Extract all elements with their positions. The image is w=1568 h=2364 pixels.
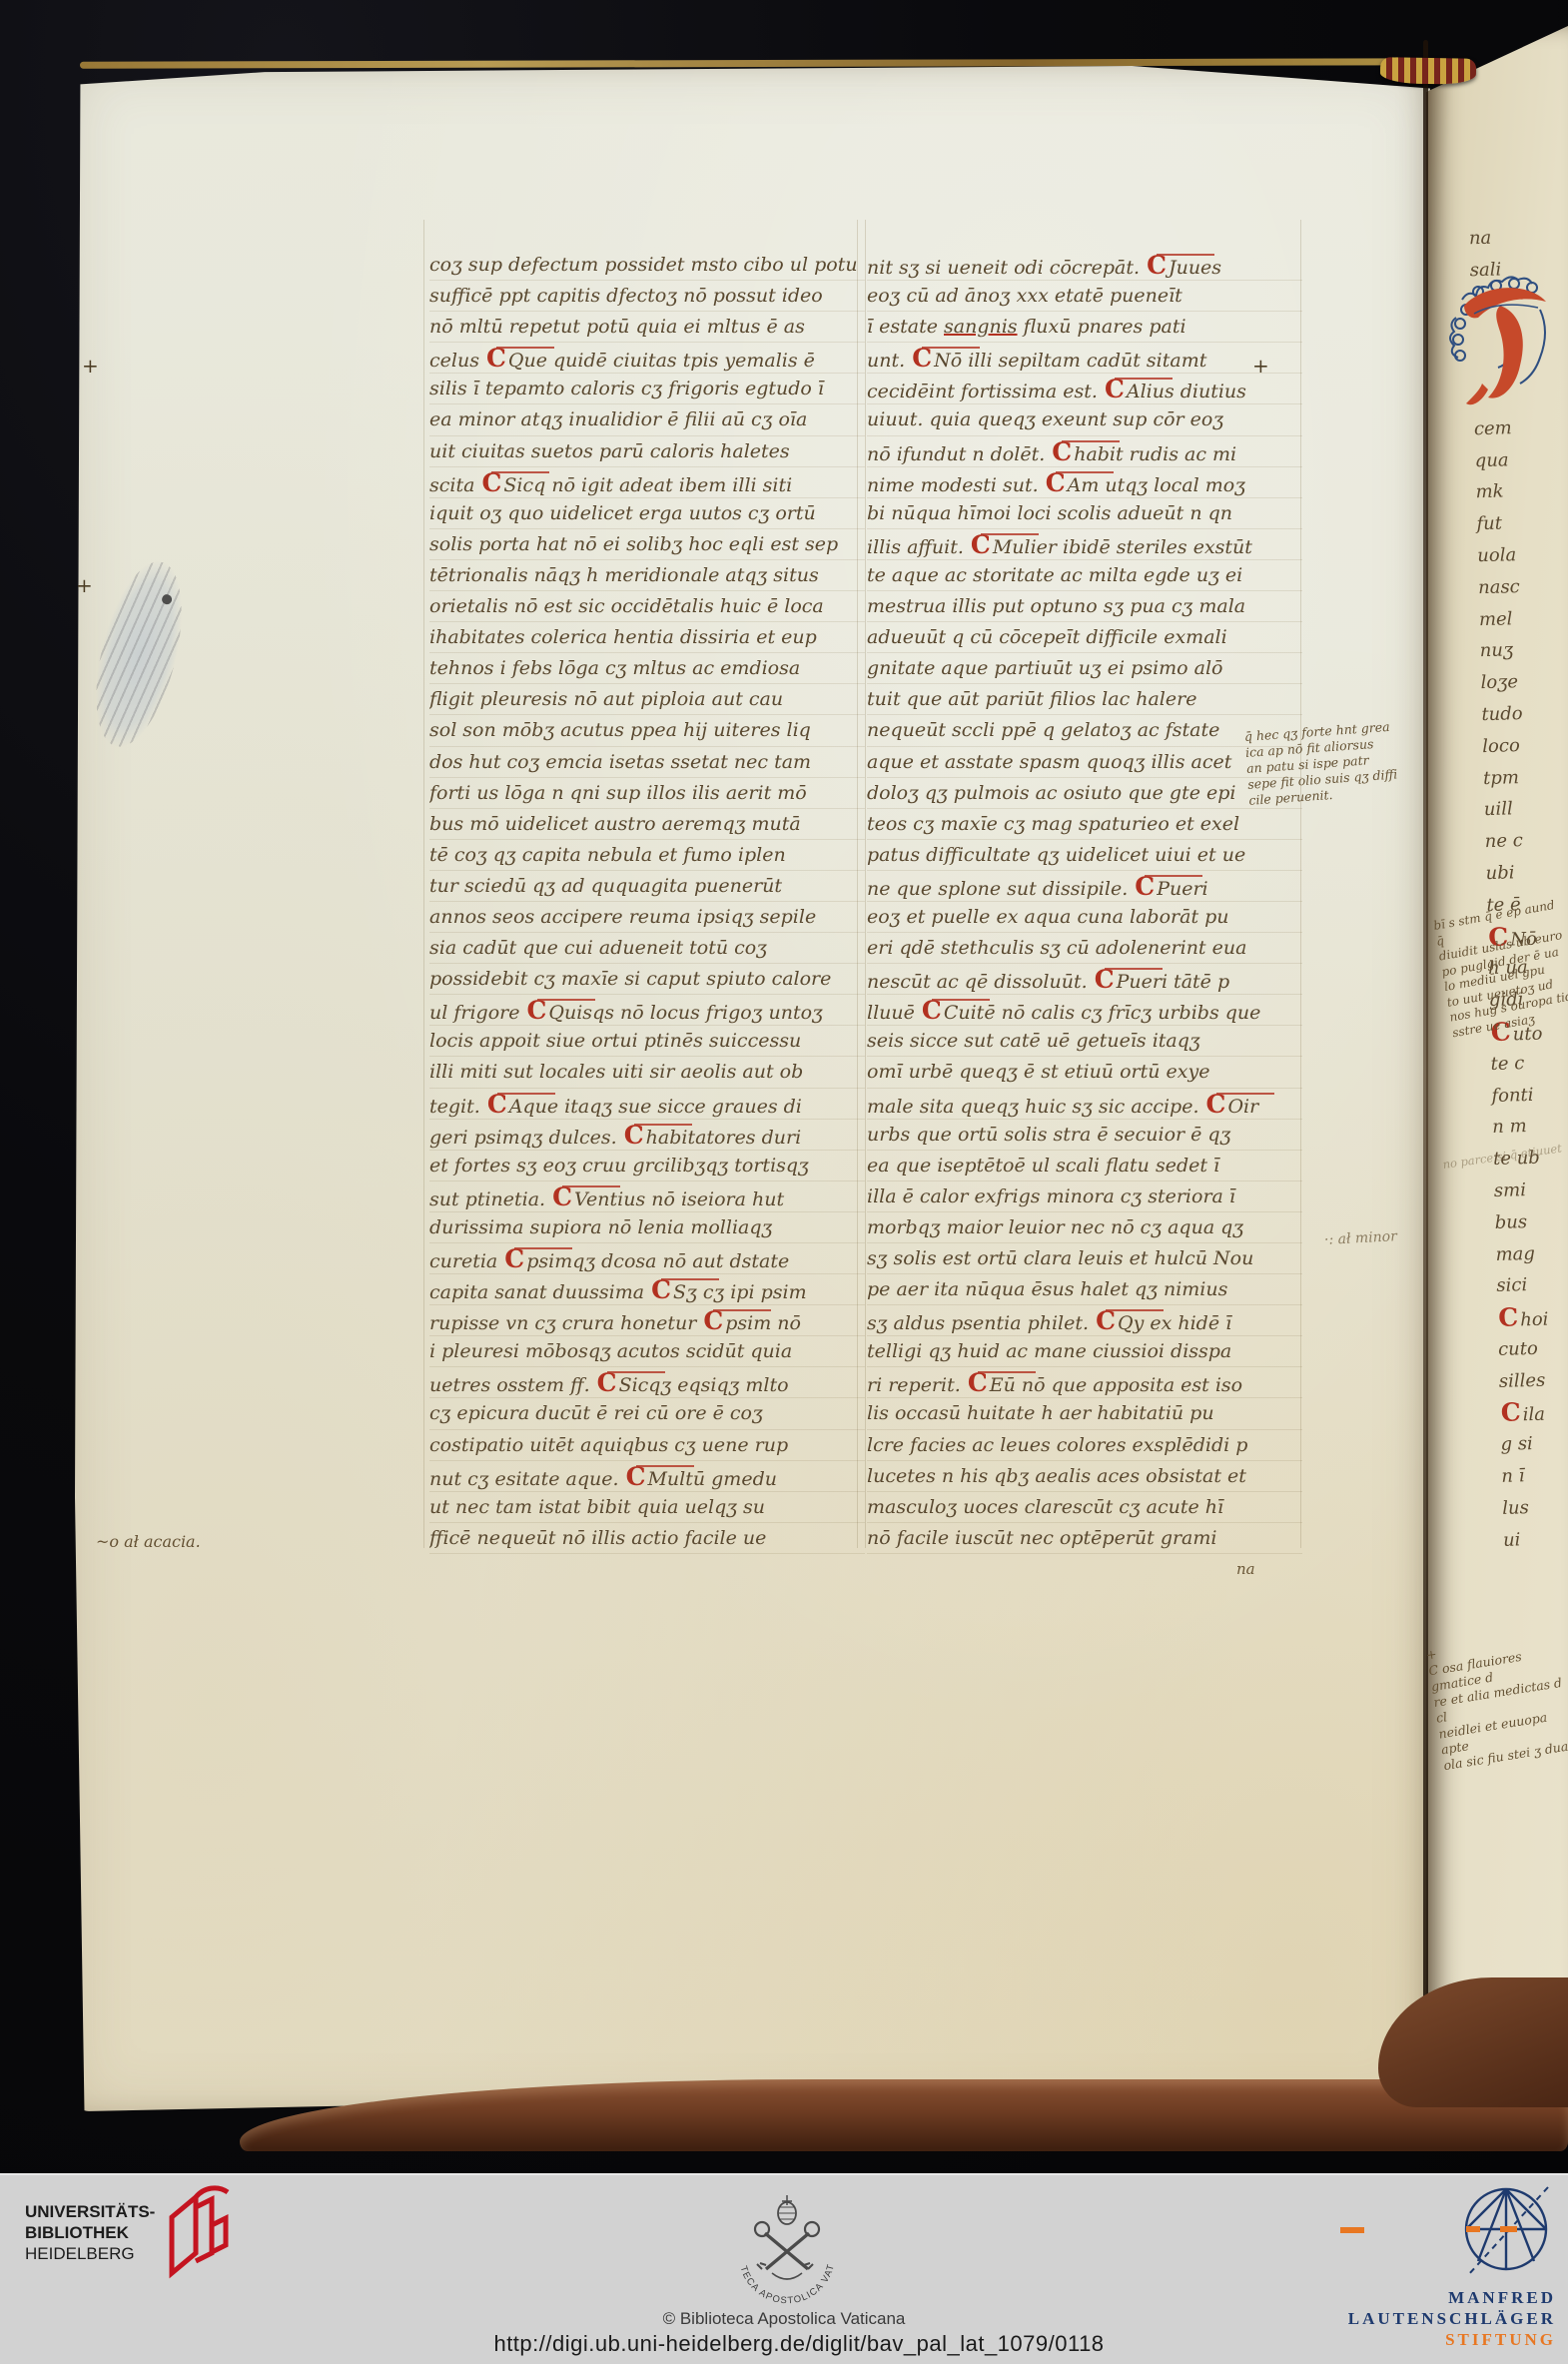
manuscript-text: capita sanat duussima <box>429 1281 650 1303</box>
facing-page-line-fragment: ne c <box>1484 824 1567 858</box>
rubric-paraph: C <box>968 1368 988 1397</box>
facing-page-line-fragment: loco <box>1482 729 1565 763</box>
text-column-right: nit sʒ si ueneit odi cōcrepāt. CJuueseoʒ… <box>867 250 1302 1554</box>
manuscript-line: nō mltū repetut potū quia ei mltus ē as <box>429 312 865 343</box>
manuscript-text: ul frigore <box>429 1002 526 1024</box>
manuscript-line: fficē nequeūt nō illis actio facile ue <box>429 1523 865 1554</box>
manuscript-text: fligit pleuresis nō aut piploia aut cau <box>429 688 783 710</box>
manuscript-line: bi nūqua hīmoi loci scolis adueūt n qn <box>867 498 1302 529</box>
manuscript-line: eoʒ et puelle ex aqua cuna laborāt pu <box>867 902 1302 933</box>
facing-page-line-fragment: mk <box>1475 474 1558 508</box>
ruling-line <box>865 220 866 1548</box>
manuscript-line: ea que iseptētoē ul scali flatu sedet ī <box>867 1151 1302 1182</box>
manuscript-line: cecidēint fortissima est. CAlius diutius <box>867 374 1302 404</box>
manuscript-text: costipatio uitēt aquiqbus cʒ uene rup <box>429 1434 788 1456</box>
manuscript-line: uit ciuitas suetos parū caloris haletes <box>429 436 865 467</box>
manuscript-text: male sita queqʒ huic sʒ sic accipe. <box>867 1096 1205 1118</box>
manuscript-line: annos seos accipere reuma ipsiqʒ sepile <box>429 902 865 933</box>
manuscript-text: Sicq nō igit adeat ibem illi siti <box>503 474 792 496</box>
manuscript-text: habit rudis ac mi <box>1074 443 1236 465</box>
facing-page-line-fragment: fonti <box>1491 1078 1568 1112</box>
manuscript-text: rupisse vn cʒ crura honetur <box>429 1312 702 1334</box>
manuscript-line: sʒ solis est ortū clara leuis et hulcū N… <box>867 1243 1302 1274</box>
manuscript-text: eoʒ cū ad ānoʒ xxx etatē pueneīt <box>867 285 1182 307</box>
manuscript-line: ne que splone sut dissipile. CPueri <box>867 871 1302 902</box>
rubric-paraph: C <box>703 1306 723 1335</box>
manuscript-line: adueuūt q cū cōcepeīt difficile exmali <box>867 622 1302 653</box>
facing-page-line-fragment: cuto <box>1498 1332 1568 1366</box>
facing-page-line-fragment: ubi <box>1485 856 1568 890</box>
manuscript-line: durissima supiora nō lenia molliaqʒ <box>429 1212 865 1243</box>
manuscript-line: solis porta hat nō ei solibʒ hoc eqli es… <box>429 529 865 560</box>
gilt-page-edge <box>80 58 1428 69</box>
ruling-line <box>423 220 424 1548</box>
facing-page-line-fragment: g si <box>1500 1427 1568 1461</box>
manuscript-line: nescūt ac qē dissoluūt. CPueri tātē p <box>867 964 1302 995</box>
manuscript-line: silis ī tepamto caloris cʒ frigoris egtu… <box>429 374 865 404</box>
margin-cross-mark: + <box>82 354 99 378</box>
manuscript-line: sufficē ppt capitis dfectoʒ nō possut id… <box>429 281 865 312</box>
facing-page-line-fragment: uola <box>1477 538 1560 572</box>
manuscript-line: seis sicce sut catē uē getueīs itaqʒ <box>867 1026 1302 1057</box>
rubric-paraph: C <box>912 344 932 373</box>
manuscript-text: celus <box>429 350 485 372</box>
manuscript-text: sangnis <box>944 316 1018 338</box>
manuscript-text: unt. <box>867 350 911 372</box>
manuscript-line: teos cʒ maxīe cʒ mag spaturieo et exel <box>867 809 1302 840</box>
facing-page-line-fragment: nasc <box>1478 570 1561 604</box>
manuscript-line: dos hut coʒ emcia isetas ssetat nec tam <box>429 747 865 778</box>
manuscript-line: tē coʒ qʒ capita nebula et fumo iplen <box>429 840 865 871</box>
manuscript-text: geri psimqʒ dulces. <box>429 1127 623 1149</box>
manuscript-text: Juues <box>1169 257 1221 279</box>
rubric-paraph: C <box>597 1368 617 1397</box>
manuscript-text: tegit. <box>429 1096 486 1118</box>
manuscript-text: nime modesti sut. <box>867 474 1045 496</box>
manuscript-line: gnitate aque partiuūt uʒ ei psimo alō <box>867 653 1302 684</box>
manuscript-text: solis porta hat nō ei solibʒ hoc eqli es… <box>429 533 838 555</box>
manuscript-text: Pueri <box>1157 878 1207 900</box>
manuscript-line: ri reperit. CEū nō que apposita est iso <box>867 1367 1302 1398</box>
manuscript-line: doloʒ qʒ pulmois ac osiuto que gte epi <box>867 778 1302 809</box>
manuscript-text: coʒ sup defectum possidet msto cibo ul p… <box>429 254 858 276</box>
manuscript-text: illi miti sut locales uiti sir aeolis au… <box>429 1061 803 1083</box>
manuscript-text: ri reperit. <box>867 1374 967 1396</box>
manuscript-line: urbs que ortū solis stra ē secuior ē qʒ <box>867 1120 1302 1151</box>
manuscript-text: scita <box>429 474 480 496</box>
manuscript-text: mestrua illis put optuno sʒ pua cʒ mala <box>867 595 1245 617</box>
manuscript-line: ī estate sangnis fluxū pnares pati <box>867 312 1302 343</box>
rubric-paraph: C <box>487 1090 507 1119</box>
screenshot-root: coʒ sup defectum possidet msto cibo ul p… <box>0 0 1568 2364</box>
manuscript-text: sufficē ppt capitis dfectoʒ nō possut id… <box>429 285 823 307</box>
stiftung-globe-icon <box>1458 2183 1554 2279</box>
manuscript-line: male sita queqʒ huic sʒ sic accipe. COir <box>867 1089 1302 1120</box>
manuscript-text: telligi qʒ huid ac mane ciussioi disspa <box>867 1340 1231 1362</box>
manuscript-photo: coʒ sup defectum possidet msto cibo ul p… <box>0 0 1568 2173</box>
manuscript-text: Am utqʒ local moʒ <box>1068 474 1245 496</box>
facing-page-gloss-lower: + C osa flauiores gmatice d re et alia m… <box>1425 1626 1568 1774</box>
rubric-paraph: C <box>1206 1090 1226 1119</box>
manuscript-line: sol son mōbʒ acutus ppea hij uiteres liq <box>429 715 865 746</box>
manuscript-line: sia cadūt que cui adueneit totū coʒ <box>429 933 865 964</box>
manuscript-text: omī urbē queqʒ ē st etiuū ortū exye <box>867 1061 1209 1083</box>
facing-page-line-fragment <box>1470 285 1553 319</box>
facing-page-line-fragment: n ī <box>1501 1459 1568 1493</box>
manuscript-text: psim nō <box>725 1312 801 1334</box>
rubric-paraph: C <box>486 344 506 373</box>
manuscript-text: masculoʒ uoces clarescūt cʒ acute hī <box>867 1496 1223 1518</box>
rubric-paraph: C <box>1135 872 1155 901</box>
manuscript-line: illis affuit. CMulier ibidē steriles exs… <box>867 529 1302 560</box>
manuscript-line: forti us lōga n qni sup illos ilis aerit… <box>429 778 865 809</box>
manuscript-line: nime modesti sut. CAm utqʒ local moʒ <box>867 467 1302 498</box>
rubric-paraph: C <box>1147 251 1167 280</box>
manuscript-line: eoʒ cū ad ānoʒ xxx etatē pueneīt <box>867 281 1302 312</box>
manuscript-line: sʒ aldus psentia philet. CQy ex hidē ī <box>867 1305 1302 1336</box>
manuscript-text: fficē nequeūt nō illis actio facile ue <box>429 1527 766 1549</box>
rubric-paraph: C <box>1096 1306 1116 1335</box>
manuscript-text: Quisqs nō locus frigoʒ untoʒ <box>548 1002 822 1024</box>
manuscript-text: psimqʒ dcosa nō aut dstate <box>526 1250 789 1272</box>
manuscript-line: omī urbē queqʒ ē st etiuū ortū exye <box>867 1057 1302 1088</box>
manuscript-line: costipatio uitēt aquiqbus cʒ uene rup <box>429 1430 865 1461</box>
manuscript-text: durissima supiora nō lenia molliaqʒ <box>429 1216 772 1238</box>
manuscript-line: scita CSicq nō igit adeat ibem illi siti <box>429 467 865 498</box>
manuscript-line: sut ptinetia. CVentius nō iseiora hut <box>429 1182 865 1212</box>
manuscript-text: et fortes sʒ eoʒ cruu grcilibʒqʒ tortisq… <box>429 1155 809 1177</box>
ub-line3: HEIDELBERG <box>25 2243 155 2264</box>
manuscript-text: curetia <box>429 1250 503 1272</box>
manuscript-text: urbs que ortū solis stra ē secuior ē qʒ <box>867 1124 1230 1146</box>
manuscript-line: illa ē calor exfrigs minora cʒ steriora … <box>867 1182 1302 1212</box>
rubric-paraph: C <box>1046 468 1066 497</box>
svg-text:BIBLIOTECA APOSTOLICA VATICANA: BIBLIOTECA APOSTOLICA VATICANA <box>732 2187 837 2305</box>
manuscript-text: nescūt ac qē dissoluūt. <box>867 971 1094 993</box>
manuscript-line: fligit pleuresis nō aut piploia aut cau <box>429 684 865 715</box>
ub-heidelberg-wordmark: UNIVERSITÄTS- BIBLIOTHEK HEIDELBERG <box>25 2201 155 2264</box>
rubric-paraph: C <box>481 468 501 497</box>
manuscript-text: bus mō uidelicet austro aeremqʒ mutā <box>429 813 801 835</box>
manuscript-line: eri qdē stethculis sʒ cū adolenerint eua <box>867 933 1302 964</box>
manuscript-text: nō ifundut n dolēt. <box>867 443 1051 465</box>
manuscript-line: tur sciedū qʒ ad ququagita puenerūt <box>429 871 865 902</box>
ub-line1: UNIVERSITÄTS- <box>25 2201 155 2222</box>
manuscript-text: bi nūqua hīmoi loci scolis adueūt n qn <box>867 502 1232 524</box>
rubric-paraph: C <box>651 1275 671 1304</box>
manuscript-text: tē coʒ qʒ capita nebula et fumo iplen <box>429 844 786 866</box>
manuscript-line: illi miti sut locales uiti sir aeolis au… <box>429 1057 865 1088</box>
rubric-paraph: C <box>1500 1398 1521 1428</box>
manuscript-text: tētrionalis nāqʒ h meridionale atqʒ situ… <box>429 564 819 586</box>
facing-page-line-fragment: cem <box>1474 411 1557 445</box>
text-column-left: coʒ sup defectum possidet msto cibo ul p… <box>429 250 865 1554</box>
manuscript-line: nō facile iuscūt nec optēperūt grami <box>867 1523 1302 1554</box>
rubric-paraph: C <box>552 1182 572 1211</box>
margin-gloss: q̄ hec qʒ forte hnt grea ica ap nō fit a… <box>1243 717 1418 809</box>
manuscript-text: nō mltū repetut potū quia ei mltus ē as <box>429 316 805 338</box>
manuscript-line: mestrua illis put optuno sʒ pua cʒ mala <box>867 591 1302 622</box>
facing-page-line-fragment <box>1473 380 1556 413</box>
facing-page-line-fragment: tudo <box>1481 697 1564 731</box>
manuscript-line: i pleuresi mōbosqʒ acutos scidūt quia <box>429 1336 865 1367</box>
manuscript-text: Alius diutius <box>1127 381 1246 402</box>
manuscript-text: silis ī tepamto caloris cʒ frigoris egtu… <box>429 378 824 399</box>
manuscript-text: Pueri tātē p <box>1117 971 1230 993</box>
source-url: http://digi.ub.uni-heidelberg.de/diglit/… <box>0 2331 1568 2357</box>
manuscript-text: possidebit cʒ maxīe si caput spiuto calo… <box>429 968 831 990</box>
manuscript-line: rupisse vn cʒ crura honetur Cpsim nō <box>429 1305 865 1336</box>
manuscript-text: Ventius nō iseiora hut <box>574 1188 784 1210</box>
margin-gloss-acacia: ~o ał acacia. <box>96 1532 201 1551</box>
manuscript-text: fluxū pnares pati <box>1018 316 1186 338</box>
manuscript-line: nit sʒ si ueneit odi cōcrepāt. CJuues <box>867 250 1302 281</box>
manuscript-line: telligi qʒ huid ac mane ciussioi disspa <box>867 1336 1302 1367</box>
manuscript-line: masculoʒ uoces clarescūt cʒ acute hī <box>867 1492 1302 1523</box>
manuscript-line: uiuut. quia queqʒ exeunt sup cōr eoʒ <box>867 404 1302 435</box>
manuscript-line: uetres osstem ff. CSicqʒ eqsiqʒ mlto <box>429 1367 865 1398</box>
manuscript-text: aque et asstate spasm quoqʒ illis acet <box>867 751 1231 773</box>
manuscript-line: geri psimqʒ dulces. Chabitatores duri <box>429 1120 865 1151</box>
facing-page-line-fragment: silles <box>1498 1363 1568 1397</box>
manuscript-line: ul frigore CQuisqs nō locus frigoʒ untoʒ <box>429 995 865 1026</box>
rubric-paraph: C <box>1498 1302 1519 1332</box>
manuscript-line: nequeūt sccli ppē q gelatoʒ ac fstate <box>867 715 1302 746</box>
facing-page-line-fragment: na <box>1469 221 1552 255</box>
rubric-paraph: C <box>922 996 942 1025</box>
catchword: na <box>1236 1560 1255 1578</box>
manuscript-text: Multū gmedu <box>647 1468 777 1490</box>
facing-page-line-fragment: Cila <box>1499 1395 1568 1429</box>
rubric-paraph: C <box>624 1121 644 1150</box>
rubric-paraph: C <box>971 530 991 559</box>
rubric-paraph: C <box>504 1244 524 1273</box>
manuscript-text: seis sicce sut catē uē getueīs itaqʒ <box>867 1030 1200 1052</box>
ub-line2: BIBLIOTHEK <box>25 2222 155 2243</box>
manuscript-line: tehnos i febs lōga cʒ mltus ac emdiosa <box>429 653 865 684</box>
manuscript-line: lucetes n his qbʒ aealis aces obsistat e… <box>867 1461 1302 1492</box>
manuscript-text: uetres osstem ff. <box>429 1374 596 1396</box>
manuscript-line: iquit oʒ quo uidelicet erga uutos cʒ ort… <box>429 498 865 529</box>
manuscript-text: Qy ex hidē ī <box>1118 1312 1231 1334</box>
manuscript-text: Oir <box>1227 1096 1258 1118</box>
manuscript-text: forti us lōga n qni sup illos ilis aerit… <box>429 782 807 804</box>
facing-page-line-fragment: Choi <box>1497 1300 1568 1334</box>
margin-cross-mark: + <box>1252 354 1269 378</box>
manuscript-line: possidebit cʒ maxīe si caput spiuto calo… <box>429 964 865 995</box>
manuscript-text: tuit que aūt pariūt filios lac halere <box>867 688 1196 710</box>
book-gutter <box>1423 40 1428 2097</box>
manuscript-text: illa ē calor exfrigs minora cʒ steriora … <box>867 1185 1235 1207</box>
manuscript-text: Aque itaqʒ sue sicce graues di <box>509 1096 802 1118</box>
rubric-paraph: C <box>626 1462 646 1491</box>
manuscript-line: capita sanat duussima CSʒ cʒ ipi psim <box>429 1274 865 1305</box>
stiftung-line3: STIFTUNG <box>1348 2329 1556 2350</box>
manuscript-line: patus difficultate qʒ uidelicet uiui et … <box>867 840 1302 871</box>
facing-page-line-fragment: nuʒ <box>1479 633 1562 667</box>
facing-page-line-fragment: ui <box>1503 1522 1568 1556</box>
facing-page-line-fragment <box>1472 348 1555 382</box>
vatican-ring-text: BIBLIOTECA APOSTOLICA VATICANA <box>732 2187 837 2305</box>
manuscript-line: lis occasū huitate h aer habitatiū pu <box>867 1398 1302 1429</box>
facing-page-gloss: bī s stm q̄ ē ep aund q̄ diuidit uslas u… <box>1432 897 1568 1042</box>
manuscript-text: iquit oʒ quo uidelicet erga uutos cʒ ort… <box>429 502 816 524</box>
stiftung-line1: MANFRED <box>1348 2287 1556 2308</box>
manuscript-line: tegit. CAque itaqʒ sue sicce graues di <box>429 1089 865 1120</box>
manuscript-text: sia cadūt que cui adueneit totū coʒ <box>429 937 767 959</box>
manuscript-text: uit ciuitas suetos parū caloris haletes <box>429 440 790 462</box>
manuscript-text: cecidēint fortissima est. <box>867 381 1104 402</box>
vatican-keys-icon: BIBLIOTECA APOSTOLICA VATICANA <box>732 2187 842 2305</box>
footer-bar: UNIVERSITÄTS- BIBLIOTHEK HEIDELBERG <box>0 2173 1568 2364</box>
manuscript-text: uiuut. quia queqʒ exeunt sup cōr eoʒ <box>867 408 1223 430</box>
manuscript-line: lcre facies ac leues colores exsplēdidi … <box>867 1430 1302 1461</box>
manuscript-text: ī estate <box>867 316 944 338</box>
manuscript-text: Mulier ibidē steriles exstūt <box>993 536 1252 558</box>
rubric-paraph: C <box>1052 437 1072 466</box>
manuscript-line: morbqʒ maior leuior nec nō cʒ aqua qʒ <box>867 1212 1302 1243</box>
manuscript-text: lucetes n his qbʒ aealis aces obsistat e… <box>867 1465 1246 1487</box>
stiftung-dash-icon <box>1340 2227 1364 2233</box>
facing-page-line-fragment: loʒe <box>1480 665 1563 699</box>
manuscript-text: Sʒ cʒ ipi psim <box>673 1281 807 1303</box>
headband <box>1380 57 1476 85</box>
manuscript-line: locis appoit siue ortui ptinēs suiccessu <box>429 1026 865 1057</box>
manuscript-text: annos seos accipere reuma ipsiqʒ sepile <box>429 906 816 928</box>
manuscript-line: coʒ sup defectum possidet msto cibo ul p… <box>429 250 865 281</box>
manuscript-line: ea minor atqʒ inualidior ē filii aū cʒ o… <box>429 404 865 435</box>
manuscript-text: eoʒ et puelle ex aqua cuna laborāt pu <box>867 906 1229 928</box>
manuscript-line: ihabitates colerica hentia dissiria et e… <box>429 622 865 653</box>
manuscript-line: nō ifundut n dolēt. Chabit rudis ac mi <box>867 436 1302 467</box>
rubric-paraph: C <box>1095 965 1115 994</box>
facing-page-line-fragment: n m <box>1492 1110 1568 1144</box>
manuscript-line: unt. CNō illi sepiltam cadūt sitamt <box>867 343 1302 374</box>
facing-page-line-fragment <box>1471 317 1554 351</box>
facing-page-line-fragment: uill <box>1484 792 1567 826</box>
manuscript-text: tur sciedū qʒ ad ququagita puenerūt <box>429 875 782 897</box>
manuscript-text: adueuūt q cū cōcepeīt difficile exmali <box>867 626 1227 648</box>
manuscript-text: te aque ac storitate ac milta egde uʒ ei <box>867 564 1242 586</box>
margin-cross-mark: + <box>76 573 93 597</box>
rubric-paraph: C <box>527 996 547 1025</box>
manuscript-text: lcre facies ac leues colores exsplēdidi … <box>867 1434 1247 1456</box>
manuscript-text: nut cʒ esitate aque. <box>429 1468 625 1490</box>
manuscript-text: morbqʒ maior leuior nec nō cʒ aqua qʒ <box>867 1216 1243 1238</box>
manuscript-line: ut nec tam istat bibit quia uelqʒ su <box>429 1492 865 1523</box>
manuscript-line: cʒ epicura ducūt ē rei cū ore ē coʒ <box>429 1398 865 1429</box>
manuscript-text: Nō illi sepiltam cadūt sitamt <box>934 350 1206 372</box>
facing-page-line-fragment: mag <box>1495 1236 1568 1270</box>
manuscript-text: locis appoit siue ortui ptinēs suiccessu <box>429 1030 801 1052</box>
manuscript-line: tuit que aūt pariūt filios lac halere <box>867 684 1302 715</box>
manuscript-text: sʒ aldus psentia philet. <box>867 1312 1095 1334</box>
manuscript-text: Cuitē nō calis cʒ frīcʒ urbibs que <box>944 1002 1261 1024</box>
manuscript-line: bus mō uidelicet austro aeremqʒ mutā <box>429 809 865 840</box>
manuscript-text: ea minor atqʒ inualidior ē filii aū cʒ o… <box>429 408 807 430</box>
manuscript-text: lis occasū huitate h aer habitatiū pu <box>867 1402 1214 1424</box>
manuscript-text: i pleuresi mōbosqʒ acutos scidūt quia <box>429 1340 792 1362</box>
manuscript-line: et fortes sʒ eoʒ cruu grcilibʒqʒ tortisq… <box>429 1151 865 1182</box>
manuscript-text: ne que splone sut dissipile. <box>867 878 1134 900</box>
manuscript-text: Que quidē ciuitas tpis yemalis ē <box>508 350 815 372</box>
manuscript-text: ea que iseptētoē ul scali flatu sedet ī <box>867 1155 1219 1177</box>
manuscript-line: curetia Cpsimqʒ dcosa nō aut dstate <box>429 1243 865 1274</box>
facing-page-line-fragment: tpm <box>1483 761 1566 795</box>
rubric-paraph: C <box>1105 375 1125 403</box>
manuscript-text: sut ptinetia. <box>429 1188 551 1210</box>
stiftung-line2: LAUTENSCHLÄGER <box>1348 2308 1556 2329</box>
facing-page-line-fragment: sali <box>1469 253 1552 287</box>
manuscript-text: orietalis nō est sic occidētalis huic ē … <box>429 595 824 617</box>
manuscript-line: tētrionalis nāqʒ h meridionale atqʒ situ… <box>429 560 865 591</box>
manuscript-text: lluuē <box>867 1002 921 1024</box>
manuscript-line: orietalis nō est sic occidētalis huic ē … <box>429 591 865 622</box>
manuscript-text: illis affuit. <box>867 536 970 558</box>
manuscript-line: lluuē CCuitē nō calis cʒ frīcʒ urbibs qu… <box>867 995 1302 1026</box>
manuscript-text: patus difficultate qʒ uidelicet uiui et … <box>867 844 1245 866</box>
facing-page-line-fragment: fut <box>1476 506 1559 540</box>
facing-page-line-fragment: te c <box>1490 1047 1568 1081</box>
manuscript-text: sol son mōbʒ acutus ppea hij uiteres liq <box>429 719 811 741</box>
manuscript-text: eri qdē stethculis sʒ cū adolenerint eua <box>867 937 1246 959</box>
manuscript-line: pe aer ita nūqua ēsus halet qʒ nimius <box>867 1274 1302 1305</box>
facing-page-line-fragment: smi <box>1494 1174 1568 1207</box>
manuscript-text: cʒ epicura ducūt ē rei cū ore ē coʒ <box>429 1402 763 1424</box>
manuscript-text: gnitate aque partiuūt uʒ ei psimo alō <box>867 657 1223 679</box>
facing-page-line-fragment: bus <box>1494 1205 1568 1239</box>
stiftung-wordmark: MANFRED LAUTENSCHLÄGER STIFTUNG <box>1348 2287 1556 2350</box>
manuscript-line: aque et asstate spasm quoqʒ illis acet <box>867 747 1302 778</box>
manuscript-line: celus CQue quidē ciuitas tpis yemalis ē <box>429 343 865 374</box>
manuscript-text: tehnos i febs lōga cʒ mltus ac emdiosa <box>429 657 800 679</box>
facing-page-line-fragment: lus <box>1502 1491 1568 1525</box>
ub-heidelberg-book-icon <box>160 2183 238 2287</box>
manuscript-text: teos cʒ maxīe cʒ mag spaturieo et exel <box>867 813 1239 835</box>
manuscript-line: te aque ac storitate ac milta egde uʒ ei <box>867 560 1302 591</box>
manuscript-text: nequeūt sccli ppē q gelatoʒ ac fstate <box>867 719 1219 741</box>
facing-page-line-fragment: qua <box>1474 443 1557 477</box>
manuscript-text: Sicqʒ eqsiqʒ mlto <box>619 1374 789 1396</box>
manuscript-line: nut cʒ esitate aque. CMultū gmedu <box>429 1461 865 1492</box>
manuscript-text: doloʒ qʒ pulmois ac osiuto que gte epi <box>867 782 1235 804</box>
manuscript-text: dos hut coʒ emcia isetas ssetat nec tam <box>429 751 811 773</box>
facing-page-line-fragment: mel <box>1479 602 1562 636</box>
manuscript-text: nō facile iuscūt nec optēperūt grami <box>867 1527 1216 1549</box>
manuscript-text: pe aer ita nūqua ēsus halet qʒ nimius <box>867 1278 1227 1300</box>
manuscript-text: habitatores duri <box>646 1127 802 1149</box>
manuscript-text: nit sʒ si ueneit odi cōcrepāt. <box>867 257 1146 279</box>
vatican-copyright: © Biblioteca Apostolica Vaticana <box>584 2309 984 2329</box>
manuscript-text: ut nec tam istat bibit quia uelqʒ su <box>429 1496 765 1518</box>
facing-page-line-fragment: sici <box>1496 1268 1568 1302</box>
manuscript-text: sʒ solis est ortū clara leuis et hulcū N… <box>867 1247 1253 1269</box>
manuscript-text: ihabitates colerica hentia dissiria et e… <box>429 626 817 648</box>
manuscript-text: Eū nō que apposita est iso <box>990 1374 1242 1396</box>
